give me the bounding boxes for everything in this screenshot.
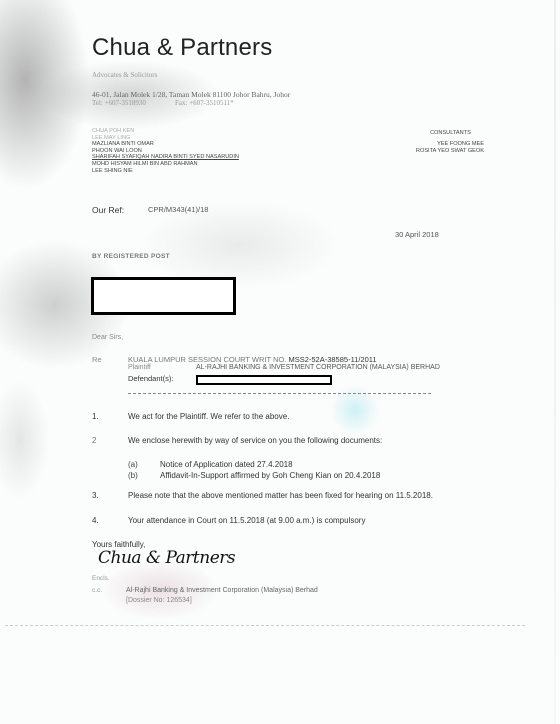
plaintiff-label: Plaintiff — [128, 364, 151, 371]
partner-name: SHARIFAH SYAFIQAH NADIRA BINTI SYED NASA… — [92, 154, 239, 161]
divider — [128, 393, 431, 394]
scan-fold-line — [5, 625, 525, 626]
enclosure-text: Affidavit-In-Support affirmed by Goh Che… — [160, 471, 380, 480]
scan-smudge — [0, 0, 90, 190]
signature: Chua & Partners — [98, 548, 235, 568]
paragraph-number: 1. — [92, 412, 99, 421]
re-prefix: KUALA LUMPUR SESSION COURT WRIT NO. — [128, 355, 288, 364]
consultant-name: ROSITA YEO SWAT GEOK — [378, 148, 484, 155]
enclosure-label: (b) — [128, 471, 138, 480]
partners-list: CHUA POH KEN LEE MAY LING MAZLIANA BINTI… — [92, 128, 239, 174]
redacted-addressee — [91, 277, 236, 315]
enclosures-label: Encls. — [92, 575, 110, 582]
defendant-label: Defendant(s): — [128, 374, 173, 383]
cc-recipient: Al-Rajhi Banking & Investment Corporatio… — [126, 587, 318, 594]
firm-fax: Fax: +607-3510511* — [175, 99, 234, 107]
partner-name: MAZLIANA BINTI OMAR — [92, 141, 239, 148]
paragraph-number: 2 — [92, 436, 96, 445]
partner-name: CHUA POH KEN — [92, 128, 239, 135]
re-subject: KUALA LUMPUR SESSION COURT WRIT NO. MSS2… — [128, 355, 377, 364]
paragraph-number: 3. — [92, 491, 99, 500]
firm-name: Chua & Partners — [92, 34, 272, 62]
paragraph-text: Your attendance in Court on 11.5.2018 (a… — [128, 516, 365, 525]
partner-name: MOHD HISYAM HILMI BIN ABD RAHMAN — [92, 161, 239, 168]
firm-address: 46-01, Jalan Molek 1/28, Taman Molek 811… — [92, 90, 290, 99]
enclosure-text: Notice of Application dated 27.4.2018 — [160, 460, 293, 469]
redacted-defendant — [196, 375, 332, 385]
partner-name: PHOON WAI LOON — [92, 148, 239, 155]
firm-subtitle: Advocates & Solicitors — [92, 71, 157, 79]
partner-name: LEE MAY LING — [92, 135, 239, 142]
letter-date: 30 April 2018 — [395, 230, 439, 239]
salutation: Dear Sirs, — [92, 334, 123, 341]
partner-name: LEE SHING NIE — [92, 168, 239, 175]
consultant-name: YEE FOONG MEE — [378, 141, 484, 148]
consultants-heading: CONSULTANTS — [430, 130, 471, 136]
re-label: Re — [92, 355, 102, 364]
plaintiff-name: AL-RAJHI BANKING & INVESTMENT CORPORATIO… — [196, 364, 440, 371]
paragraph-text: Please note that the above mentioned mat… — [128, 491, 433, 500]
scan-edge — [554, 0, 556, 724]
paragraph-text: We enclose herewith by way of service on… — [128, 436, 382, 445]
delivery-method: BY REGISTERED POST — [92, 253, 170, 260]
writ-number: MSS2-52A-38585-11/2011 — [288, 355, 376, 364]
firm-telephone: Tel: +607-3518930 — [92, 99, 146, 107]
reference-value: CPR/M343(41)/18 — [148, 205, 208, 214]
scan-smudge — [0, 380, 50, 500]
reference-label: Our Ref: — [92, 205, 124, 215]
cc-label: c.c. — [92, 587, 102, 594]
paragraph-number: 4. — [92, 516, 99, 525]
paragraph-text: We act for the Plaintiff. We refer to th… — [128, 412, 289, 421]
enclosure-label: (a) — [128, 460, 138, 469]
cc-dossier-number: [Dossier No: 126534] — [126, 597, 192, 604]
consultants-list: YEE FOONG MEE ROSITA YEO SWAT GEOK — [378, 141, 484, 154]
